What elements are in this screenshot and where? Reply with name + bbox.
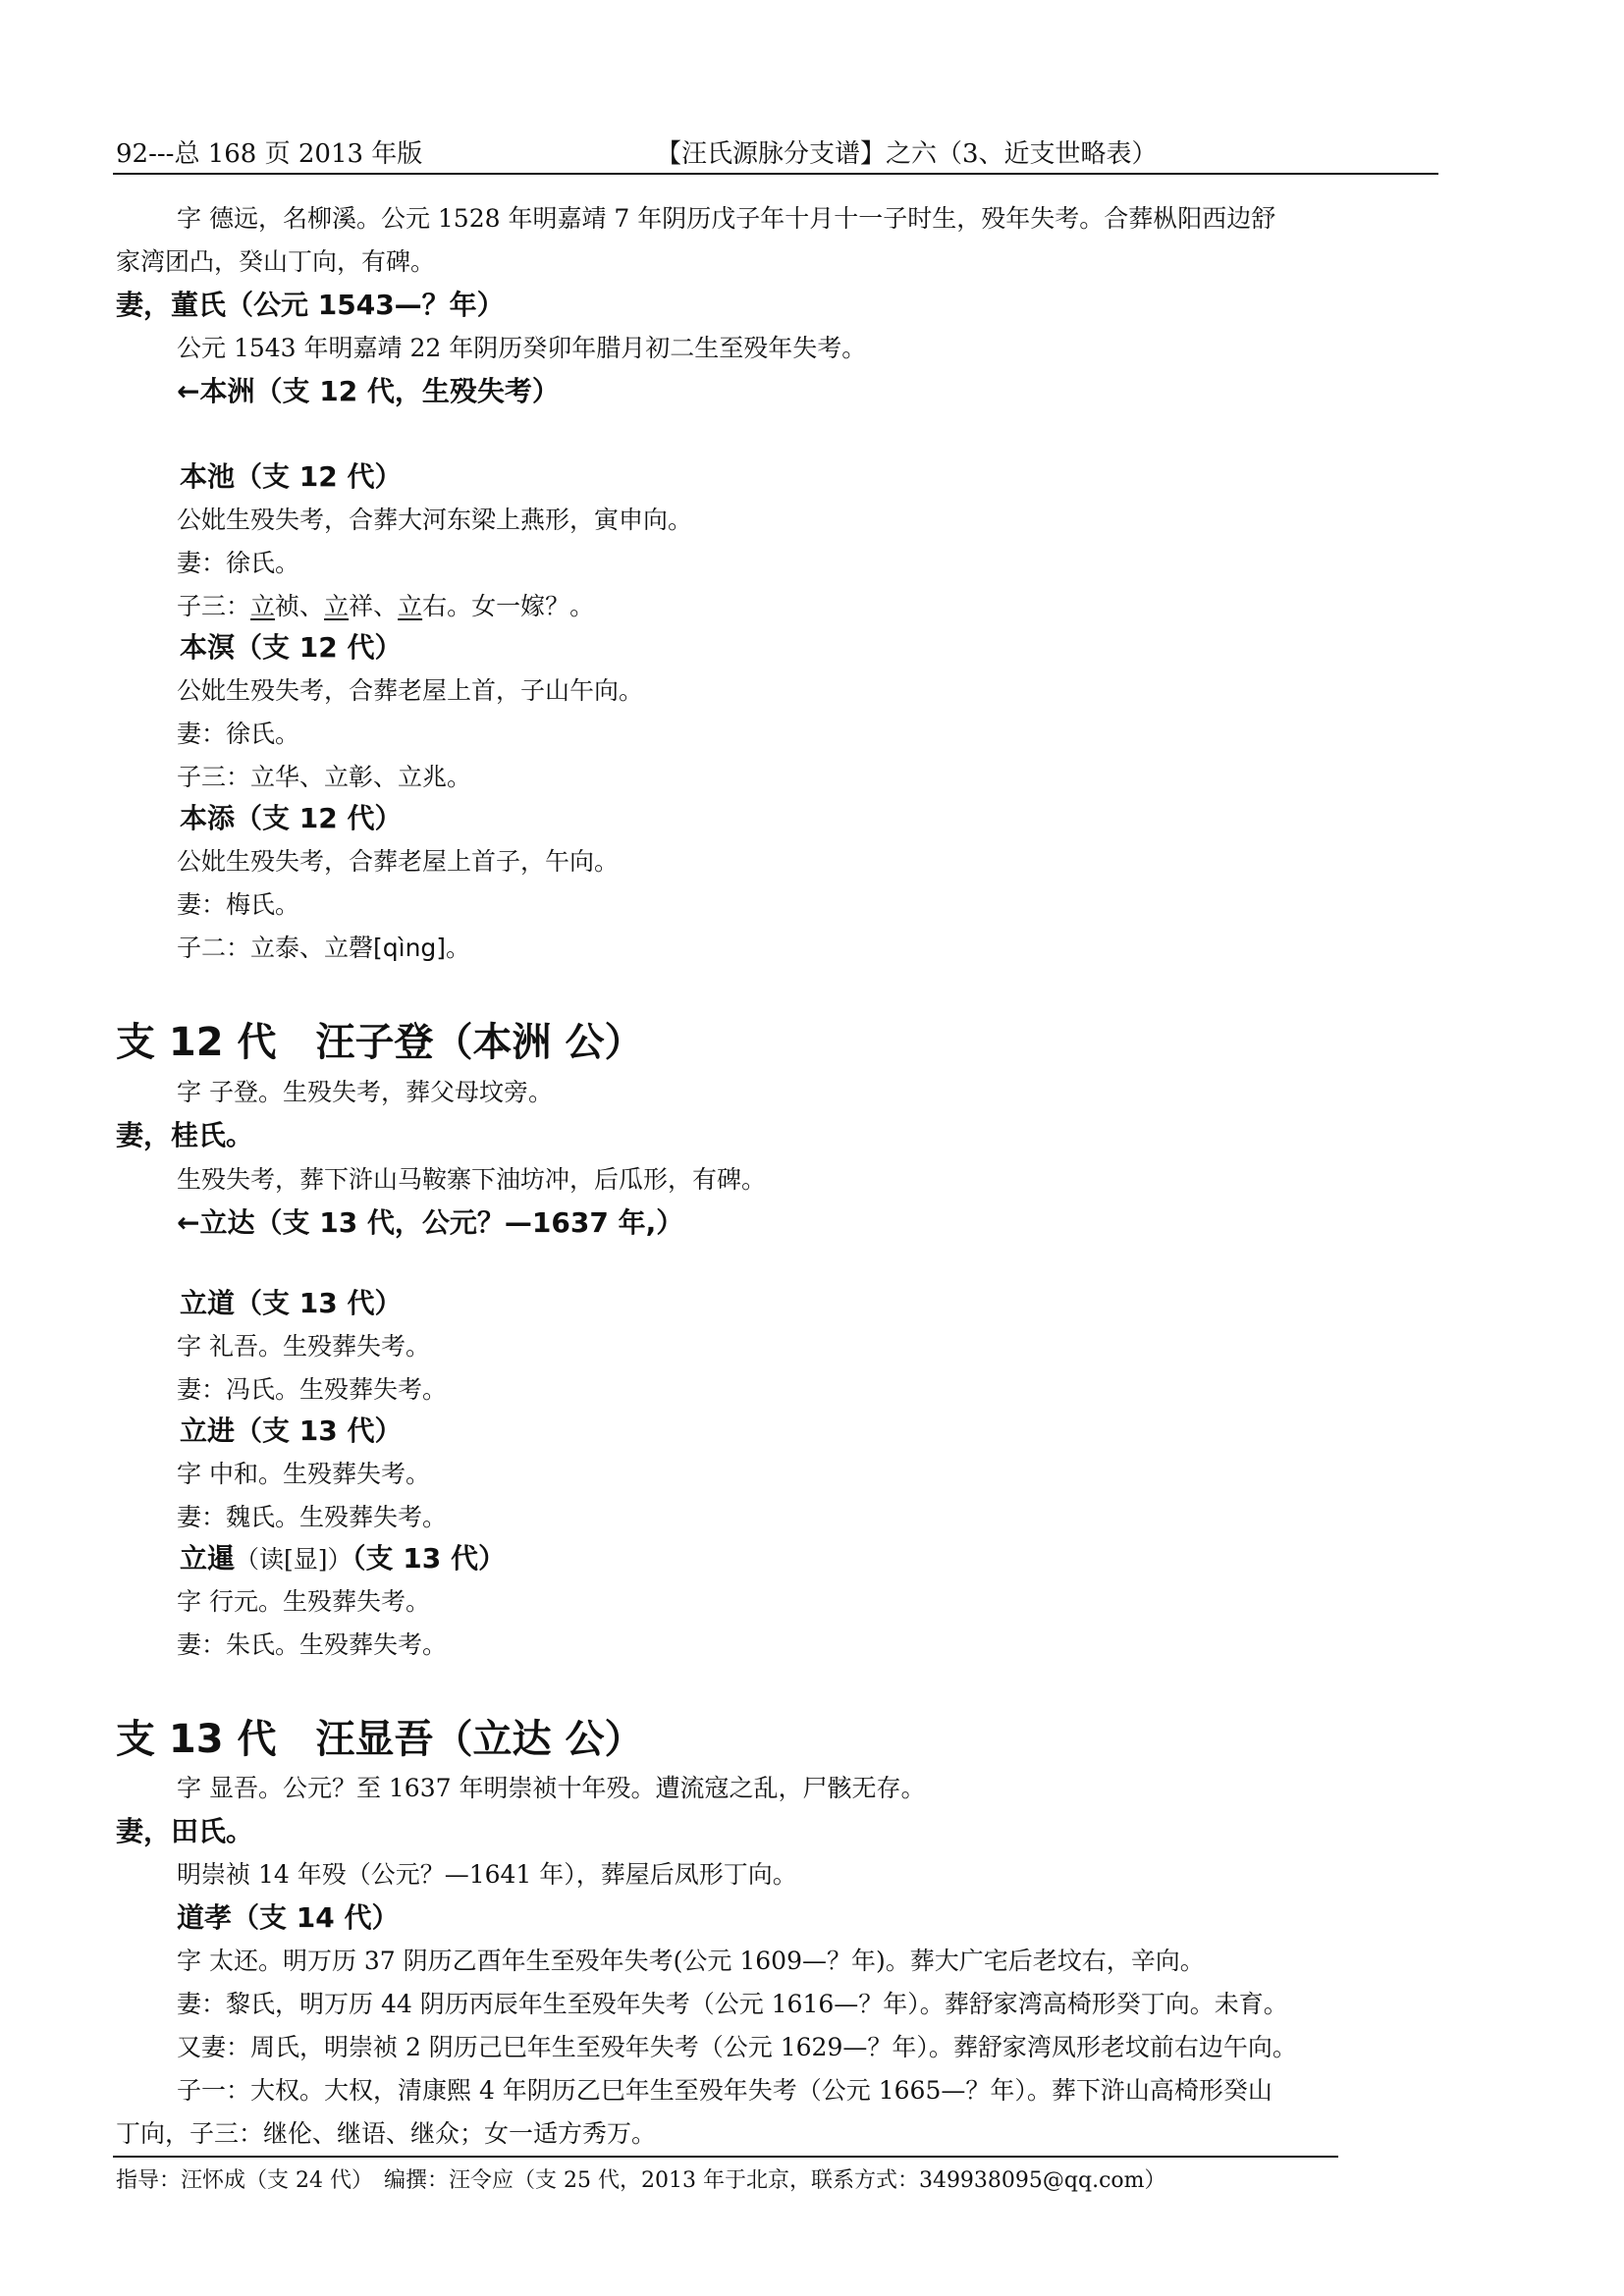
benming-line-3: 子三：立华、立彰、立兆。: [177, 756, 471, 799]
son-name-part: 右。: [422, 592, 471, 620]
daoxiao-heading: 道孝（支 14 代）: [177, 1896, 399, 1936]
benming-line-2: 妻：徐氏。: [177, 713, 299, 756]
lidao-line-2: 妻：冯氏。生殁葬失考。: [177, 1368, 447, 1412]
lixian-heading: 立暹（读[显]）（支 13 代）: [180, 1537, 506, 1576]
section-12-wife-heading: 妻，桂氏。: [116, 1114, 253, 1153]
page-header-left: 92---总 168 页 2013 年版: [116, 133, 422, 170]
lixian-name: 立暹: [180, 1542, 235, 1575]
sons-prefix: 子三：: [177, 592, 250, 620]
bentian-heading: 本添（支 12 代）: [180, 797, 402, 836]
lidao-heading: 立道（支 13 代）: [180, 1282, 402, 1321]
daoxiao-line-5: 丁向，子三：继伦、继语、继众；女一适方秀万。: [116, 2112, 656, 2156]
bentian-line-2: 妻：梅氏。: [177, 883, 299, 927]
son-name-part: 祥、: [349, 592, 398, 620]
section-12-text: 字 子登。生殁失考，葬父母坟旁。: [177, 1071, 553, 1114]
sons-suffix: 女一嫁？。: [471, 592, 594, 620]
son-name-part: 立: [398, 592, 422, 620]
daoxiao-line-3: 又妻：周氏，明崇祯 2 阴历己巳年生至殁年失考（公元 1629—？年）。葬舒家湾…: [177, 2026, 1297, 2069]
daoxiao-line-1: 字 太还。明万历 37 阴历乙酉年生至殁年失考(公元 1609—？年)。葬大广宅…: [177, 1940, 1205, 1983]
header-rule: [113, 173, 1438, 175]
lidao-line-1: 字 礼吾。生殁葬失考。: [177, 1325, 430, 1368]
lijin-heading: 立进（支 13 代）: [180, 1410, 402, 1449]
benchi-line-1: 公妣生殁失考，合葬大河东梁上燕形，寅申向。: [177, 499, 692, 542]
benchi-heading: 本池（支 12 代）: [180, 455, 402, 495]
section-13-wife-text: 明崇祯 14 年殁（公元？—1641 年），葬屋后凤形丁向。: [177, 1853, 797, 1896]
lida-arrow-heading: ←立达（支 13 代，公元？—1637 年,）: [177, 1201, 683, 1241]
intro-line-1: 字 德远，名柳溪。公元 1528 年明嘉靖 7 年阴历戊子年十月十一子时生，殁年…: [177, 197, 1275, 240]
section-12-wife-text: 生殁失考，葬下浒山马鞍寨下油坊冲，后瓜形，有碑。: [177, 1158, 766, 1201]
lijin-line-2: 妻：魏氏。生殁葬失考。: [177, 1496, 447, 1539]
bentian-line-3: 子二：立泰、立磬[qìng]。: [177, 927, 470, 970]
daoxiao-line-4: 子一：大权。大权，清康熙 4 年阴历乙巳年生至殁年失考（公元 1665—？年）。…: [177, 2069, 1272, 2112]
daoxiao-line-2: 妻：黎氏，明万历 44 阴历丙辰年生至殁年失考（公元 1616—？年）。葬舒家湾…: [177, 1983, 1288, 2026]
benming-heading: 本溟（支 12 代）: [180, 626, 402, 666]
lixian-pronunciation-note: （读[显]）: [235, 1545, 352, 1574]
footer-rule: [113, 2156, 1338, 2158]
benchi-sons-line: 子三：立祯、立祥、立右。女一嫁？。: [177, 585, 594, 628]
benming-line-1: 公妣生殁失考，合葬老屋上首，子山午向。: [177, 669, 643, 713]
lijin-line-1: 字 中和。生殁葬失考。: [177, 1453, 430, 1496]
bentian-line-1: 公妣生殁失考，合葬老屋上首子，午向。: [177, 840, 619, 883]
wife-dong-text: 公元 1543 年明嘉靖 22 年阴历癸卯年腊月初二生至殁年失考。: [177, 327, 866, 370]
intro-line-2: 家湾团凸，癸山丁向，有碑。: [116, 240, 435, 284]
section-13-title: 支 13 代 汪显吾（立达 公）: [116, 1708, 643, 1764]
lixian-line-2: 妻：朱氏。生殁葬失考。: [177, 1624, 447, 1667]
page-footer: 指导：汪怀成（支 24 代） 编撰：汪令应（支 25 代，2013 年于北京，联…: [116, 2163, 1166, 2194]
son-name-part: 立: [324, 592, 349, 620]
lixian-line-1: 字 行元。生殁葬失考。: [177, 1580, 430, 1624]
wife-dong-heading: 妻，董氏（公元 1543—？年）: [116, 284, 505, 323]
section-13-text: 字 显吾。公元？至 1637 年明崇祯十年殁。遭流寇之乱，尸骸无存。: [177, 1767, 925, 1810]
section-13-wife-heading: 妻，田氏。: [116, 1810, 253, 1849]
son-name-part: 立: [250, 592, 275, 620]
son-name-part: 祯、: [275, 592, 324, 620]
benzhou-arrow-heading: ←本洲（支 12 代，生殁失考）: [177, 370, 560, 409]
page-header-right: 【汪氏源脉分支谱】之六（3、近支世略表）: [656, 133, 1158, 170]
benchi-line-2: 妻：徐氏。: [177, 542, 299, 585]
section-12-title: 支 12 代 汪子登（本洲 公）: [116, 1011, 643, 1067]
lixian-generation: （支 13 代）: [352, 1542, 506, 1575]
